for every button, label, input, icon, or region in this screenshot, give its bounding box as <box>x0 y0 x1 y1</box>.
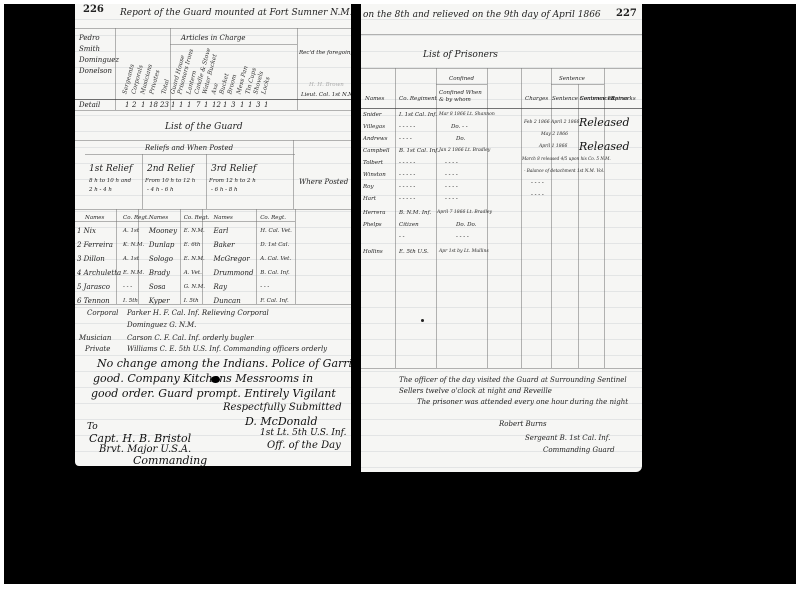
page-number-right: 227 <box>616 8 637 19</box>
staff-line: Carson C. F. Cal. Inf. orderly bugler <box>127 334 254 342</box>
detail-value: 3 <box>256 101 264 109</box>
guard-company: B. Cal. Inf. <box>260 266 295 280</box>
detail-label: Detail <box>79 101 100 109</box>
prisoner-confined: Apr 1st by Lt. Mullins <box>439 249 489 254</box>
rule <box>521 68 522 368</box>
detail-value: 1 <box>204 101 212 109</box>
relief-name: 2nd Relief <box>147 164 194 174</box>
relief-time: 8 h to 10 h and <box>89 178 131 184</box>
prisoner-company: - - - - - <box>399 124 415 130</box>
staff-role: Corporal <box>87 309 118 317</box>
prisoner-sentence: March 8 released 4/5 upon his Co. 5 N.M. <box>522 156 611 161</box>
prisoner-company: E. 5th U.S. <box>399 249 429 255</box>
relief-time: - 6 h - 8 h <box>211 187 238 193</box>
prisoner-company: I. 1st Cal. Inf. <box>399 112 437 118</box>
detail-value: 2 <box>132 101 141 109</box>
guard-name: Earl <box>209 224 260 238</box>
relief-name: 1st Relief <box>89 164 132 174</box>
received-signature: H. H. Brown <box>309 82 344 88</box>
prisoner-company: - - - - <box>399 136 412 142</box>
addressee: To <box>87 422 98 432</box>
detail-value: 7 <box>196 101 204 109</box>
endorsement-closing: Respectfully Submitted <box>223 402 342 413</box>
column-header: Remarks <box>611 96 636 102</box>
guard-company: E. 6th <box>184 238 210 252</box>
guard-table: Names Co. Regt. Names Co. Regt. Names Co… <box>77 212 295 308</box>
guard-company: - - - <box>123 280 149 294</box>
prisoner-sentence: Feb 2 1866 April 2 1866 <box>524 120 579 125</box>
prisoner-company: - - - - - <box>399 160 415 166</box>
detail-value: 1 <box>187 101 196 109</box>
table-row: 3 Dillon A. 1st Sologo E. N.M. McGregor … <box>77 252 295 266</box>
endorsement-signature: 1st Lt. 5th U.S. Inf. <box>260 428 347 438</box>
ledger-page-left: 226 Report of the Guard mounted at Fort … <box>75 4 351 466</box>
prisoner-confined: Do. Do. <box>456 222 477 228</box>
endorsement-line: good order. Guard prompt. Entirely Vigil… <box>91 387 336 400</box>
detail-value: 1 <box>171 101 179 109</box>
guard-name: 5 Jarasco <box>77 280 123 294</box>
page-number-left: 226 <box>83 4 104 15</box>
report-title-right: on the 8th and relieved on the 9th day o… <box>363 10 601 20</box>
prisoner-sentence: - - - - <box>531 180 544 186</box>
rule <box>206 154 207 209</box>
prisoner-sentence: April 1 1866 <box>539 144 567 149</box>
table-row: 2 Ferreira K. N.M. Dunlap E. 6th Baker D… <box>77 238 295 252</box>
staff-line: Dominguez G. N.M. <box>127 321 196 329</box>
staff-role: Private <box>85 345 110 353</box>
report-line: The prisoner was attended every one hour… <box>417 398 628 406</box>
rule <box>75 140 351 141</box>
prisoner-company: - - - - - <box>399 172 415 178</box>
sentence-heading: Sentence <box>559 76 585 82</box>
column-header: Names <box>365 96 384 102</box>
guard-company: E. N.M. <box>184 224 210 238</box>
prisoner-sentence: - Balance of detachment 1st N.M. Vol. <box>524 168 604 173</box>
prisoner-sentence: May 2 1866 <box>541 132 568 137</box>
prisoner-name: Villegas <box>363 124 385 130</box>
column-header: Co. Regt. <box>123 212 149 224</box>
prisoner-name: Snider <box>363 112 381 118</box>
rule <box>75 99 351 100</box>
table-row: 6 Tennon I. 5th Kyper I. 5th Duncan F. C… <box>77 294 295 308</box>
prisoner-name: Hart <box>363 196 376 202</box>
guard-company: - - - <box>260 280 295 294</box>
prisoner-name: Roy <box>363 184 374 190</box>
guard-name: Baker <box>209 238 260 252</box>
relief-name: 3rd Relief <box>211 164 256 174</box>
received-heading: Rec'd the foregoing <box>299 50 351 56</box>
report-title-left: Report of the Guard mounted at Fort Sumn… <box>120 8 351 18</box>
detail-value: 1 <box>223 101 231 109</box>
guard-name: 6 Tennon <box>77 294 123 308</box>
rule <box>361 108 642 109</box>
guard-name: Brady <box>149 266 184 280</box>
officer-name: Donelson <box>79 67 112 75</box>
rule <box>75 304 351 305</box>
endorsement-line: No change among the Indians. Police of G… <box>97 357 351 370</box>
guard-name: 3 Dillon <box>77 252 123 266</box>
prisoner-name: Andrews <box>363 136 387 142</box>
guard-name: Mooney <box>149 224 184 238</box>
rule <box>115 28 116 110</box>
ink-blot <box>211 376 220 383</box>
received-signature: Lieut. Col. 1st N.M. <box>301 92 351 98</box>
endorsement-signature: Off. of the Day <box>267 440 341 451</box>
articles-heading: Articles in Charge <box>181 34 246 42</box>
prisoner-confined: Do. <box>456 136 465 142</box>
column-header: Charges <box>525 96 548 102</box>
column-header: Names <box>77 212 123 224</box>
prisoner-name: Phelps <box>363 222 382 228</box>
rule <box>297 28 298 110</box>
report-line: The officer of the day visited the Guard… <box>399 376 627 384</box>
prisoner-name: Hollins <box>363 249 383 255</box>
detail-value: 1 <box>264 101 272 109</box>
prisoner-company: - - - - - <box>399 196 415 202</box>
detail-value: 1 <box>248 101 256 109</box>
rule <box>361 34 642 35</box>
detail-value: 1 <box>125 101 132 109</box>
column-header: Names <box>209 212 260 224</box>
guard-signature: Commanding Guard <box>543 446 615 454</box>
rule <box>395 68 396 368</box>
endorsement-signature: D. McDonald <box>245 415 318 428</box>
prisoner-company: B. N.M. Inf. <box>399 210 431 216</box>
prisoner-remarks: Released <box>579 116 630 129</box>
rule <box>361 368 642 369</box>
guard-name: Sosa <box>149 280 184 294</box>
where-posted: Where Posted <box>299 178 348 186</box>
column-header: Co. Regiment <box>399 96 437 102</box>
guard-name: 4 Archuletta <box>77 266 123 280</box>
prisoner-confined: April 7 1866 Lt. Bradley <box>437 210 492 215</box>
rule <box>75 28 351 29</box>
relief-time: From 12 h to 2 h <box>209 178 256 184</box>
table-row: 4 Archuletta E. N.M. Brady A. Vet. Drumm… <box>77 266 295 280</box>
prisoner-name: Winston <box>363 172 386 178</box>
rule <box>85 154 295 155</box>
prisoner-confined: - - - - <box>445 172 458 178</box>
column-header: Confined When & by whom <box>439 90 487 104</box>
guard-signature: Sergeant B. 1st Cal. Inf. <box>525 434 610 442</box>
officer-name: Dominguez <box>79 56 119 64</box>
detail-value: 23 <box>160 101 171 109</box>
column-header: Co. Regt. <box>260 212 295 224</box>
rule <box>551 68 552 368</box>
rule <box>361 68 642 69</box>
addressee: Commanding <box>133 454 207 466</box>
guard-name: 1 Nix <box>77 224 123 238</box>
rule <box>551 84 604 85</box>
rule <box>293 140 294 209</box>
detail-value: 1 <box>141 101 149 109</box>
detail-value: 18 <box>149 101 160 109</box>
prisoner-remarks: Released <box>579 140 630 153</box>
prisoner-confined: - - - - <box>445 196 458 202</box>
rule <box>436 84 487 85</box>
prisoner-sentence: - - - - <box>531 192 544 198</box>
guard-name: McGregor <box>209 252 260 266</box>
guard-name: Duncan <box>209 294 260 308</box>
guard-company: D. 1st Cal. <box>260 238 295 252</box>
prisoner-company: - - <box>399 234 404 240</box>
guard-name: 2 Ferreira <box>77 238 123 252</box>
detail-value: 12 <box>212 101 223 109</box>
prisoner-confined: - - - - <box>445 184 458 190</box>
detail-row: 1 2 1 18 23 1 1 1 7 1 12 1 3 1 1 3 1 <box>125 101 272 109</box>
detail-value: 1 <box>179 101 187 109</box>
guard-company: A. 1st <box>123 252 149 266</box>
book-spine <box>351 4 361 470</box>
endorsement-line: good. Company Kitchens Messrooms in <box>93 372 313 385</box>
rule <box>604 68 605 368</box>
table-row: 5 Jarasco - - - Sosa G. N.M. Ray - - - <box>77 280 295 294</box>
table-row: 1 Nix A. 1st Mooney E. N.M. Earl H. Cal.… <box>77 224 295 238</box>
guard-name: Sologo <box>149 252 184 266</box>
rule <box>295 209 296 304</box>
officer-name: Pedro <box>79 34 100 42</box>
prisoner-name: Tolbert <box>363 160 383 166</box>
prisoner-confined: Mar 8 1866 Lt. Shannon <box>439 112 495 117</box>
rule <box>170 28 171 110</box>
guard-company: I. 5th <box>184 294 210 308</box>
officer-name: Smith <box>79 45 100 53</box>
prisoner-name: Herrera <box>363 210 385 216</box>
guard-name: Dunlap <box>149 238 184 252</box>
report-line: Sellers twelve o'clock at night and Reve… <box>399 387 552 395</box>
prisoner-confined: - - - - <box>456 234 469 240</box>
reliefs-heading: Reliefs and When Posted <box>145 144 233 152</box>
prisoner-confined: Jan 2 1866 Lt. Bradley <box>439 148 490 153</box>
confined-heading: Confined <box>449 76 474 82</box>
ink-dot <box>421 319 424 322</box>
relief-time: 2 h - 4 h <box>89 187 112 193</box>
prisoner-company: B. 1st Cal. Inf. <box>399 148 439 154</box>
rule <box>142 154 143 209</box>
guard-company: E. N.M. <box>184 252 210 266</box>
guard-company: H. Cal. Vet. <box>260 224 295 238</box>
staff-line: Parker H. F. Cal. Inf. Relieving Corpora… <box>127 309 269 317</box>
guard-company: A. Vet. <box>184 266 210 280</box>
guard-name: Drummond <box>209 266 260 280</box>
prisoner-name: Campbell <box>363 148 390 154</box>
list-of-prisoners-heading: List of Prisoners <box>423 50 498 60</box>
guard-company: A. Cal. Vet. <box>260 252 295 266</box>
prisoner-confined: Do. - - <box>451 124 468 130</box>
relief-time: - 4 h - 6 h <box>147 187 174 193</box>
detail-value: 1 <box>240 101 248 109</box>
guard-name: Ray <box>209 280 260 294</box>
guard-company: F. Cal. Inf. <box>260 294 295 308</box>
guard-company: I. 5th <box>123 294 149 308</box>
guard-company: K. N.M. <box>123 238 149 252</box>
column-header: Co. Regt. <box>184 212 210 224</box>
prisoner-confined: - - - - <box>445 160 458 166</box>
rule <box>170 44 297 45</box>
guard-signature: Robert Burns <box>499 420 547 428</box>
staff-role: Musician <box>79 334 111 342</box>
column-header: Names <box>149 212 184 224</box>
guard-company: E. N.M. <box>123 266 149 280</box>
prisoner-company: Citizen <box>399 222 419 228</box>
guard-company: A. 1st <box>123 224 149 238</box>
ledger-page-right: on the 8th and relieved on the 9th day o… <box>361 4 642 472</box>
rule <box>75 110 351 111</box>
relief-time: From 10 h to 12 h <box>145 178 195 184</box>
list-of-guard-heading: List of the Guard <box>165 122 243 132</box>
staff-line: Williams C. E. 5th U.S. Inf. Commanding … <box>127 345 327 353</box>
guard-company: G. N.M. <box>184 280 210 294</box>
guard-name: Kyper <box>149 294 184 308</box>
prisoner-company: - - - - - <box>399 184 415 190</box>
detail-value: 3 <box>231 101 240 109</box>
